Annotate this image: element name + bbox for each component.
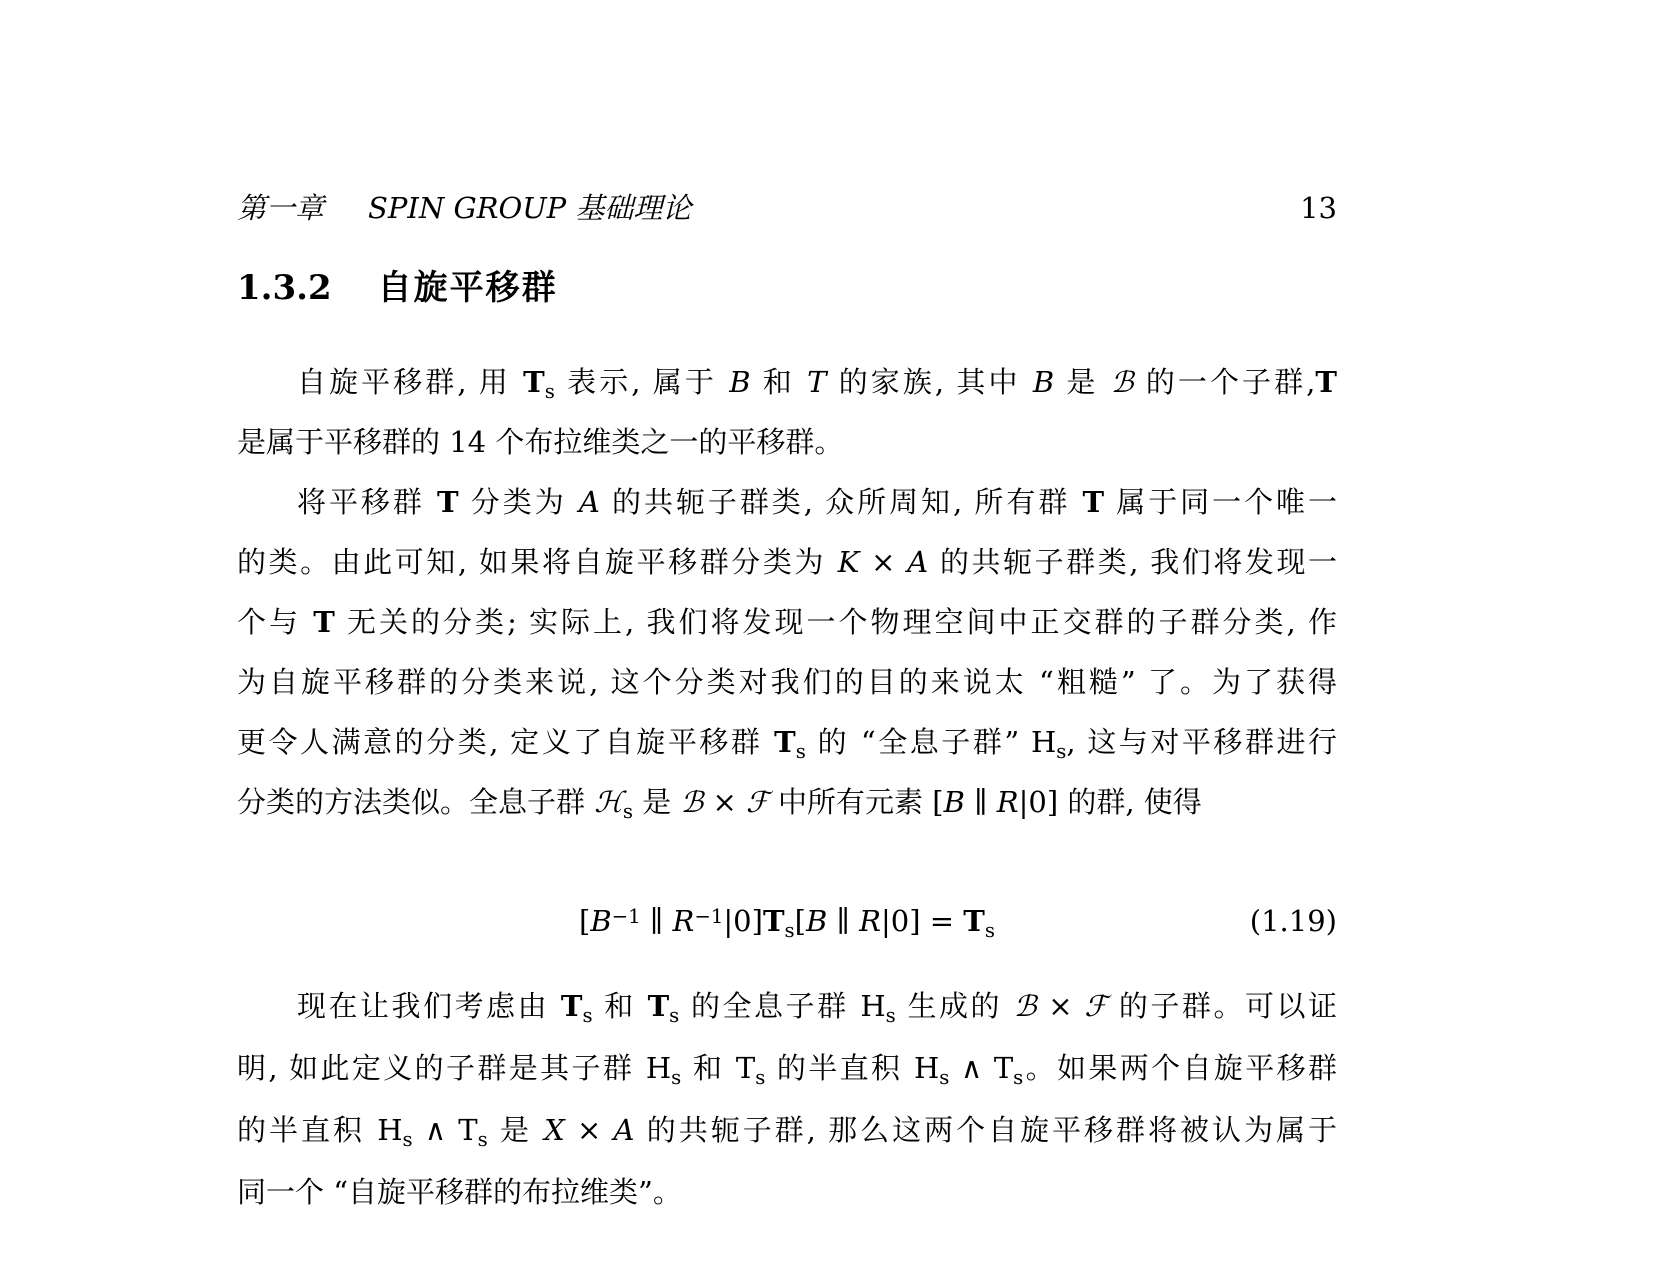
section-title: 自旋平移群 <box>378 268 558 308</box>
chapter-title: SPIN GROUP 基础理论 <box>368 191 691 225</box>
page-number: 13 <box>1300 191 1337 225</box>
page-header: 第一章SPIN GROUP 基础理论 13 <box>237 186 1337 227</box>
equation-block: [B−1 ∥ R−1|0]Ts[B ∥ R|0] = Ts (1.19) <box>237 890 1337 952</box>
document-page: 第一章SPIN GROUP 基础理论 13 1.3.2自旋平移群 自旋平移群, … <box>0 0 1654 1279</box>
section-number: 1.3.2 <box>237 268 332 308</box>
text-line: 是属于平移群的 14 个布拉维类之一的平移群。 <box>237 412 1337 472</box>
equation-number: (1.19) <box>1250 890 1337 952</box>
text-line: 更令人满意的分类, 定义了自旋平移群 Ts 的 “全息子群” Hs, 这与对平移… <box>237 712 1337 772</box>
text-line: 个与 T 无关的分类; 实际上, 我们将发现一个物理空间中正交群的子群分类, 作 <box>237 592 1337 652</box>
text-line: 将平移群 T 分类为 A 的共轭子群类, 众所周知, 所有群 T 属于同一个唯一 <box>237 472 1337 532</box>
paragraph: 现在让我们考虑由 Ts 和 Ts 的全息子群 Hs 生成的 ℬ × ℱ 的子群。… <box>237 975 1337 1223</box>
paragraph: 将平移群 T 分类为 A 的共轭子群类, 众所周知, 所有群 T 属于同一个唯一… <box>237 472 1337 832</box>
equation-body: [B−1 ∥ R−1|0]Ts[B ∥ R|0] = Ts <box>237 890 1337 956</box>
paragraph: 自旋平移群, 用 Ts 表示, 属于 B 和 T 的家族, 其中 B 是 ℬ 的… <box>237 352 1337 472</box>
running-head: 第一章SPIN GROUP 基础理论 <box>237 186 691 227</box>
text-line: 现在让我们考虑由 Ts 和 Ts 的全息子群 Hs 生成的 ℬ × ℱ 的子群。… <box>237 975 1337 1037</box>
chapter-label: 第一章 <box>237 191 324 225</box>
text-line: 分类的方法类似。全息子群 ℋs 是 ℬ × ℱ 中所有元素 [B ∥ R|0] … <box>237 772 1337 832</box>
text-line: 明, 如此定义的子群是其子群 Hs 和 Ts 的半直积 Hs ∧ Ts。如果两个… <box>237 1037 1337 1099</box>
text-line: 同一个 “自旋平移群的布拉维类”。 <box>237 1161 1337 1223</box>
section-heading: 1.3.2自旋平移群 <box>237 260 558 309</box>
text-line: 为自旋平移群的分类来说, 这个分类对我们的目的来说太 “粗糙” 了。为了获得 <box>237 652 1337 712</box>
text-line: 自旋平移群, 用 Ts 表示, 属于 B 和 T 的家族, 其中 B 是 ℬ 的… <box>237 352 1337 412</box>
text-line: 的半直积 Hs ∧ Ts 是 X × A 的共轭子群, 那么这两个自旋平移群将被… <box>237 1099 1337 1161</box>
text-line: 的类。由此可知, 如果将自旋平移群分类为 K × A 的共轭子群类, 我们将发现… <box>237 532 1337 592</box>
